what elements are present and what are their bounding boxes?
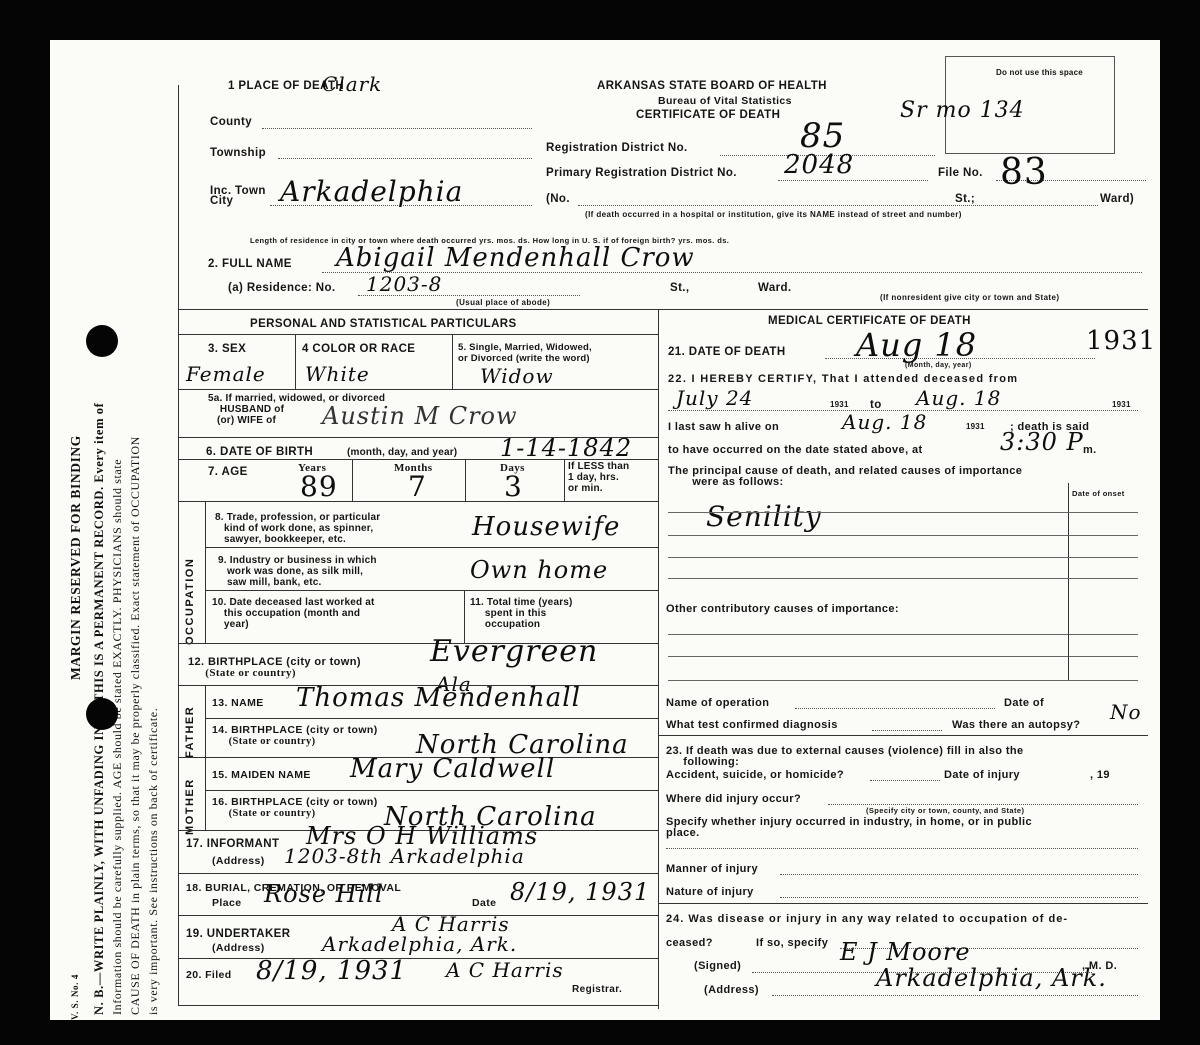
registrar-label: Registrar. xyxy=(572,984,622,995)
trade-label: 8. Trade, profession, or particular kind… xyxy=(215,512,380,545)
date-onset-column xyxy=(1068,483,1141,603)
burial-place-label: Place xyxy=(212,897,241,909)
where-hint: (Specify city or town, county, and State… xyxy=(866,806,1024,815)
undertaker-address-label: (Address) xyxy=(212,942,265,954)
spouse-value: Austin M Crow xyxy=(322,402,518,430)
signed-value: E J Moore xyxy=(840,938,971,966)
other-causes-label: Other contributory causes of importance: xyxy=(666,603,899,615)
dob-value: 1-14-1842 xyxy=(500,434,632,462)
full-name-label: 2. FULL NAME xyxy=(208,258,292,270)
residence-label: (a) Residence: No. xyxy=(228,282,336,294)
file-no-value: 83 xyxy=(1000,152,1048,193)
form-left-border xyxy=(178,85,179,1005)
father-birthplace-label: 14. BIRTHPLACE (city or town) (State or … xyxy=(212,725,378,747)
county-label: County xyxy=(210,116,252,128)
trade-value: Housewife xyxy=(472,512,620,542)
date-hint: (Month, day, year) xyxy=(905,362,972,369)
occupation-related-label-2: ceased? xyxy=(666,937,713,949)
marital-value: Widow xyxy=(480,364,554,388)
birthplace-label: 12. BIRTHPLACE (city or town) (State or … xyxy=(188,657,361,679)
certificate-title: CERTIFICATE OF DEATH xyxy=(636,109,780,121)
filed-date-value: 8/19, 1931 xyxy=(256,956,407,986)
less-than-label: If LESS than1 day, hrs.or min. xyxy=(568,461,629,494)
personal-heading: PERSONAL AND STATISTICAL PARTICULARS xyxy=(250,318,517,330)
last-saw-value: Aug. 18 xyxy=(842,410,927,434)
full-name-value: Abigail Mendenhall Crow xyxy=(336,243,695,273)
mother-maiden-label: 15. MAIDEN NAME xyxy=(212,769,311,781)
if-so-label: If so, specify xyxy=(756,937,828,949)
sex-label: 3. SEX xyxy=(208,343,246,355)
injury-date-label: Date of injury xyxy=(944,769,1020,781)
attended-to-value: Aug. 18 xyxy=(916,386,1001,410)
industry-value: Own home xyxy=(470,556,608,584)
race-value: White xyxy=(305,362,370,386)
attended-from-value: July 24 xyxy=(676,386,753,410)
where-label: Where did injury occur? xyxy=(666,793,801,805)
occupation-side-label: OCCUPATION xyxy=(184,520,196,645)
form-number: V. S. No. 4 xyxy=(70,970,80,1020)
dob-hint: (month, day, and year) xyxy=(347,447,457,458)
attended-to-year: 1931 xyxy=(1112,400,1131,409)
date-onset-label: Date of onset xyxy=(1072,489,1125,498)
town-value: Arkadelphia xyxy=(280,175,463,208)
do-not-use-value: Sr mo 134 xyxy=(900,98,1025,123)
usual-abode-hint: (Usual place of abode) xyxy=(456,298,550,307)
punch-hole-bottom xyxy=(86,698,118,730)
date-of-death-label: 21. DATE OF DEATH xyxy=(668,346,786,358)
informant-label: 17. INFORMANT xyxy=(186,838,279,850)
mother-side-label: MOTHER xyxy=(184,760,196,835)
town-label: Inc. TownCity xyxy=(210,186,266,206)
file-no-label: File No. xyxy=(938,167,983,179)
residence-ward-label: Ward. xyxy=(758,282,792,294)
primary-registration-label: Primary Registration District No. xyxy=(546,167,737,179)
accident-label: Accident, suicide, or homicide? xyxy=(666,769,844,781)
mother-maiden-value: Mary Caldwell xyxy=(350,754,555,784)
informant-address-label: (Address) xyxy=(212,855,265,867)
physician-address-value: Arkadelphia, Ark. xyxy=(876,964,1107,992)
father-name-value: Thomas Mendenhall xyxy=(296,683,581,713)
marital-label: 5. Single, Married, Widowed,or Divorced … xyxy=(458,342,592,364)
attended-from-year: 1931 xyxy=(830,400,849,409)
street-st-label: St.; xyxy=(955,193,975,205)
registrar-value: A C Harris xyxy=(446,958,564,982)
father-side-label: FATHER xyxy=(184,688,196,758)
township-label: Township xyxy=(210,147,266,159)
autopsy-label: Was there an autopsy? xyxy=(952,719,1080,731)
county-value: Clark xyxy=(322,72,382,96)
nature-label: Nature of injury xyxy=(666,886,754,898)
residence-value: 1203-8 xyxy=(366,272,442,296)
time-value: 3:30 P xyxy=(1000,428,1084,456)
m-label: m. xyxy=(1083,444,1097,456)
principal-cause-value: Senility xyxy=(706,500,822,533)
external-causes-label: 23. If death was due to external causes … xyxy=(666,746,1024,768)
burial-place-value: Rose Hill xyxy=(264,880,384,908)
age-label: 7. AGE xyxy=(208,466,248,478)
principal-cause-label: The principal cause of death, and relate… xyxy=(668,466,1022,488)
occupation-related-label: 24. Was disease or injury in any way rel… xyxy=(666,913,1068,925)
column-divider xyxy=(658,309,659,1009)
last-worked-label: 10. Date deceased last worked at this oc… xyxy=(212,597,375,630)
autopsy-value: No xyxy=(1110,700,1142,724)
injury-year-label: , 19 xyxy=(1090,769,1110,781)
date-of-label: Date of xyxy=(1004,697,1044,709)
date-of-death-year: 1931 xyxy=(1086,326,1156,356)
registration-district-label: Registration District No. xyxy=(546,142,688,154)
filed-label: 20. Filed xyxy=(186,969,232,981)
margin-line4: is very important. See instructions on b… xyxy=(146,400,161,1015)
margin-line3: CAUSE OF DEATH in plain terms, so that i… xyxy=(128,60,143,1015)
months-value: 7 xyxy=(408,470,427,503)
do-not-use-label: Do not use this space xyxy=(996,68,1083,77)
margin-line1: N. B.—WRITE PLAINLY, WITH UNFADING INK—T… xyxy=(92,60,107,1015)
informant-address-value: 1203-8th Arkadelphia xyxy=(284,844,525,868)
last-saw-label: I last saw h alive on xyxy=(668,421,779,433)
dob-label: 6. DATE OF BIRTH xyxy=(206,446,313,458)
hospital-note: (If death occurred in a hospital or inst… xyxy=(585,210,962,219)
manner-label: Manner of injury xyxy=(666,863,758,875)
total-time-label: 11. Total time (years) spent in this occ… xyxy=(470,597,573,630)
bureau-title: Bureau of Vital Statistics xyxy=(658,95,792,107)
margin-reserved: MARGIN RESERVED FOR BINDING xyxy=(68,240,84,680)
agency-title: ARKANSAS STATE BOARD OF HEALTH xyxy=(597,80,827,92)
residence-st-label: St., xyxy=(670,282,690,294)
mother-birthplace-label: 16. BIRTHPLACE (city or town) (State or … xyxy=(212,797,378,819)
race-label: 4 COLOR OR RACE xyxy=(302,343,415,355)
margin-line2: Information should be carefully supplied… xyxy=(110,60,125,1015)
days-value: 3 xyxy=(504,470,523,503)
industry-label: 9. Industry or business in which work wa… xyxy=(218,555,377,588)
street-ward-label: Ward) xyxy=(1100,193,1134,205)
certify-label: 22. I HEREBY CERTIFY, That I attended de… xyxy=(668,373,1018,385)
occurred-label: to have occurred on the date stated abov… xyxy=(668,444,923,456)
specify-injury-label: Specify whether injury occurred in indus… xyxy=(666,817,1032,839)
form-bottom-border xyxy=(178,1005,658,1006)
last-saw-year: 1931 xyxy=(966,422,985,431)
sex-value: Female xyxy=(186,362,266,386)
street-no-label: (No. xyxy=(546,193,570,205)
undertaker-address-value: Arkadelphia, Ark. xyxy=(322,932,517,956)
physician-address-label: (Address) xyxy=(704,984,759,996)
burial-date-value: 8/19, 1931 xyxy=(510,878,650,906)
primary-registration-value: 2048 xyxy=(784,150,854,180)
years-value: 89 xyxy=(300,470,338,503)
signed-label: (Signed) xyxy=(694,960,741,972)
nonresident-note: (If nonresident give city or town and St… xyxy=(880,293,1059,302)
test-label: What test confirmed diagnosis xyxy=(666,719,838,731)
father-name-label: 13. NAME xyxy=(212,697,264,709)
punch-hole-top xyxy=(86,325,118,357)
undertaker-label: 19. UNDERTAKER xyxy=(186,928,290,940)
burial-date-label: Date xyxy=(472,897,496,909)
birthplace-city-value: Evergreen xyxy=(430,634,598,669)
date-of-death-value: Aug 18 xyxy=(856,326,977,364)
operation-label: Name of operation xyxy=(666,697,769,709)
